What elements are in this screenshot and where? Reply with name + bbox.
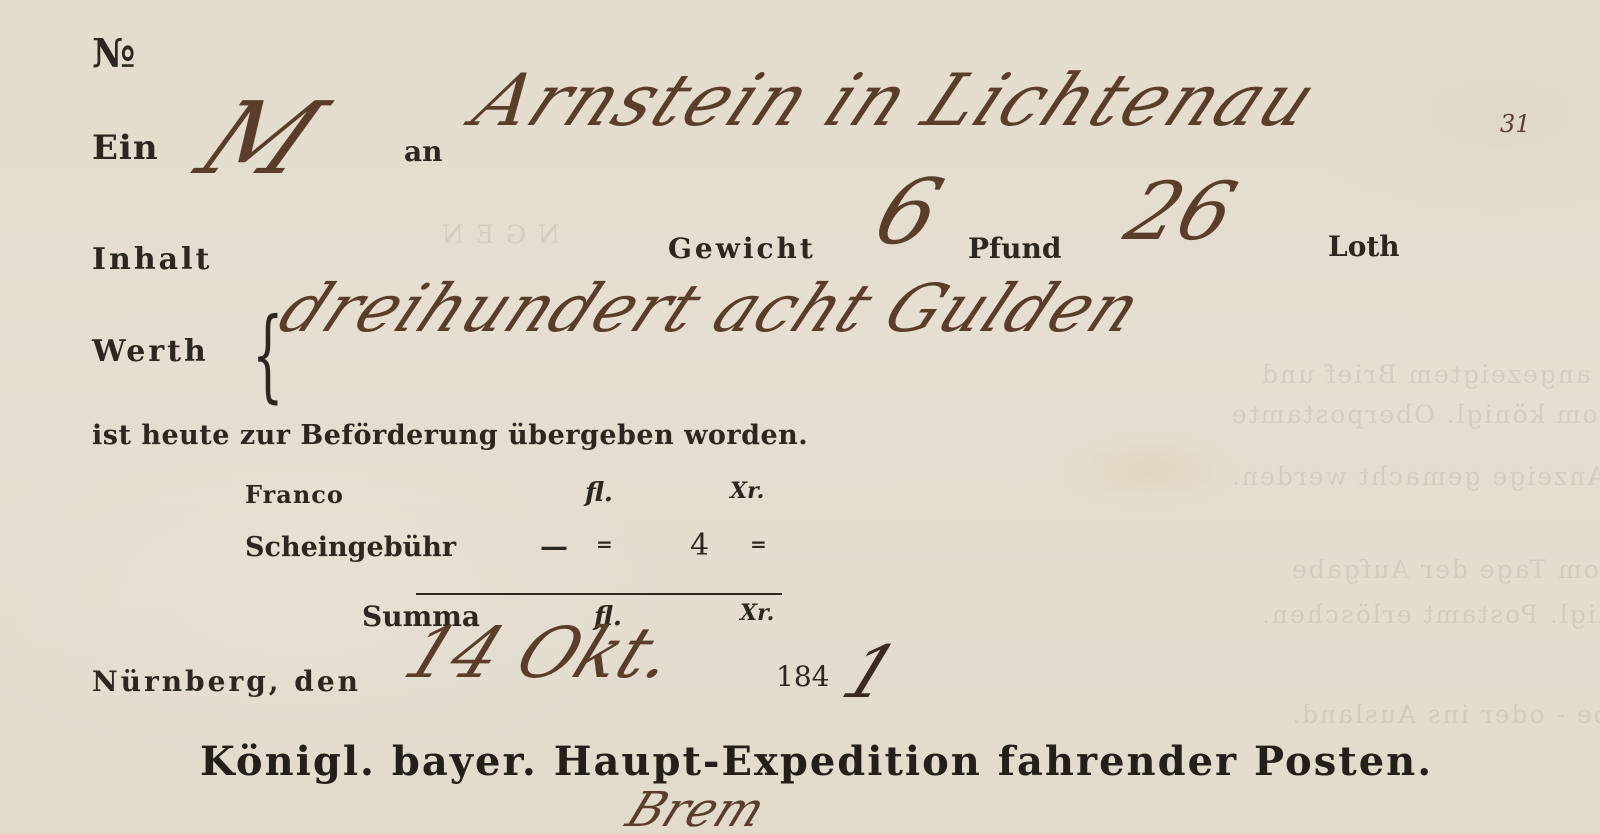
inhalt-label: Inhalt	[92, 242, 212, 277]
handwritten-year-digit: 1	[831, 630, 911, 714]
franco-fl-unit: fl.	[585, 478, 613, 508]
handwritten-value: dreihundert acht Gulden	[267, 270, 1154, 347]
postal-receipt: N G E N 1. Sollte während einer Frachtst…	[0, 0, 1600, 834]
werth-label: Werth	[92, 334, 209, 369]
margin-note: 31	[1500, 110, 1531, 138]
scheingebuehr-kr-value: 4	[690, 528, 709, 563]
handwritten-pfund-value: 6	[863, 160, 954, 265]
ein-label: Ein	[92, 128, 159, 168]
bleed-through-line: unterzogen ist , bald möglichste Anzeige…	[1230, 462, 1600, 491]
franco-label: Franco	[245, 480, 344, 509]
issuer-footer: Königl. bayer. Haupt-Expedition fahrende…	[200, 738, 1433, 785]
scheingebuehr-fl-value: —	[540, 530, 568, 563]
handwritten-item: M	[179, 80, 344, 197]
handwritten-recipient: Arnstein in Lichtenau	[460, 58, 1332, 142]
scheingebuehr-fl-separator: =	[596, 532, 613, 556]
pfund-label: Pfund	[968, 232, 1061, 265]
bleed-through-line: zurück , so kann vom königl. Oberpostamt…	[1230, 400, 1600, 429]
handwritten-day-month: 14 Okt.	[393, 612, 688, 694]
sum-rule	[416, 593, 782, 595]
brace-symbol: {	[252, 296, 284, 413]
place-date-label: Nürnberg, den	[92, 665, 361, 698]
franco-kr-unit: Xr.	[730, 478, 764, 504]
year-printed: 184	[776, 660, 829, 693]
an-label: an	[404, 135, 443, 168]
bleed-through-line: 3. Alle Frachtstücken vom Aufgabe - oder…	[1290, 700, 1600, 729]
loth-label: Loth	[1328, 230, 1400, 263]
bleed-through-line: Entschädigungsanspruch an das königl. Po…	[1260, 600, 1600, 629]
gewicht-label: Gewicht	[668, 232, 816, 265]
bleed-through-line: 1. Sollte während einer Frachtstück in a…	[1260, 360, 1600, 389]
bleed-through-line: 2. Nach Verfluß eines Jahres , vom Tage …	[1290, 555, 1600, 584]
statement-text: ist heute zur Beförderung übergeben word…	[92, 420, 808, 451]
handwritten-signature: Brem	[619, 782, 774, 834]
bleed-through-heading: N G E N	[440, 220, 560, 249]
summa-kr-unit: Xr.	[740, 600, 774, 626]
scheingebuehr-kr-separator: =	[750, 532, 767, 556]
number-sign: №	[92, 30, 135, 77]
handwritten-loth-value: 26	[1115, 165, 1247, 258]
scheingebuehr-label: Scheingebühr	[245, 532, 456, 563]
